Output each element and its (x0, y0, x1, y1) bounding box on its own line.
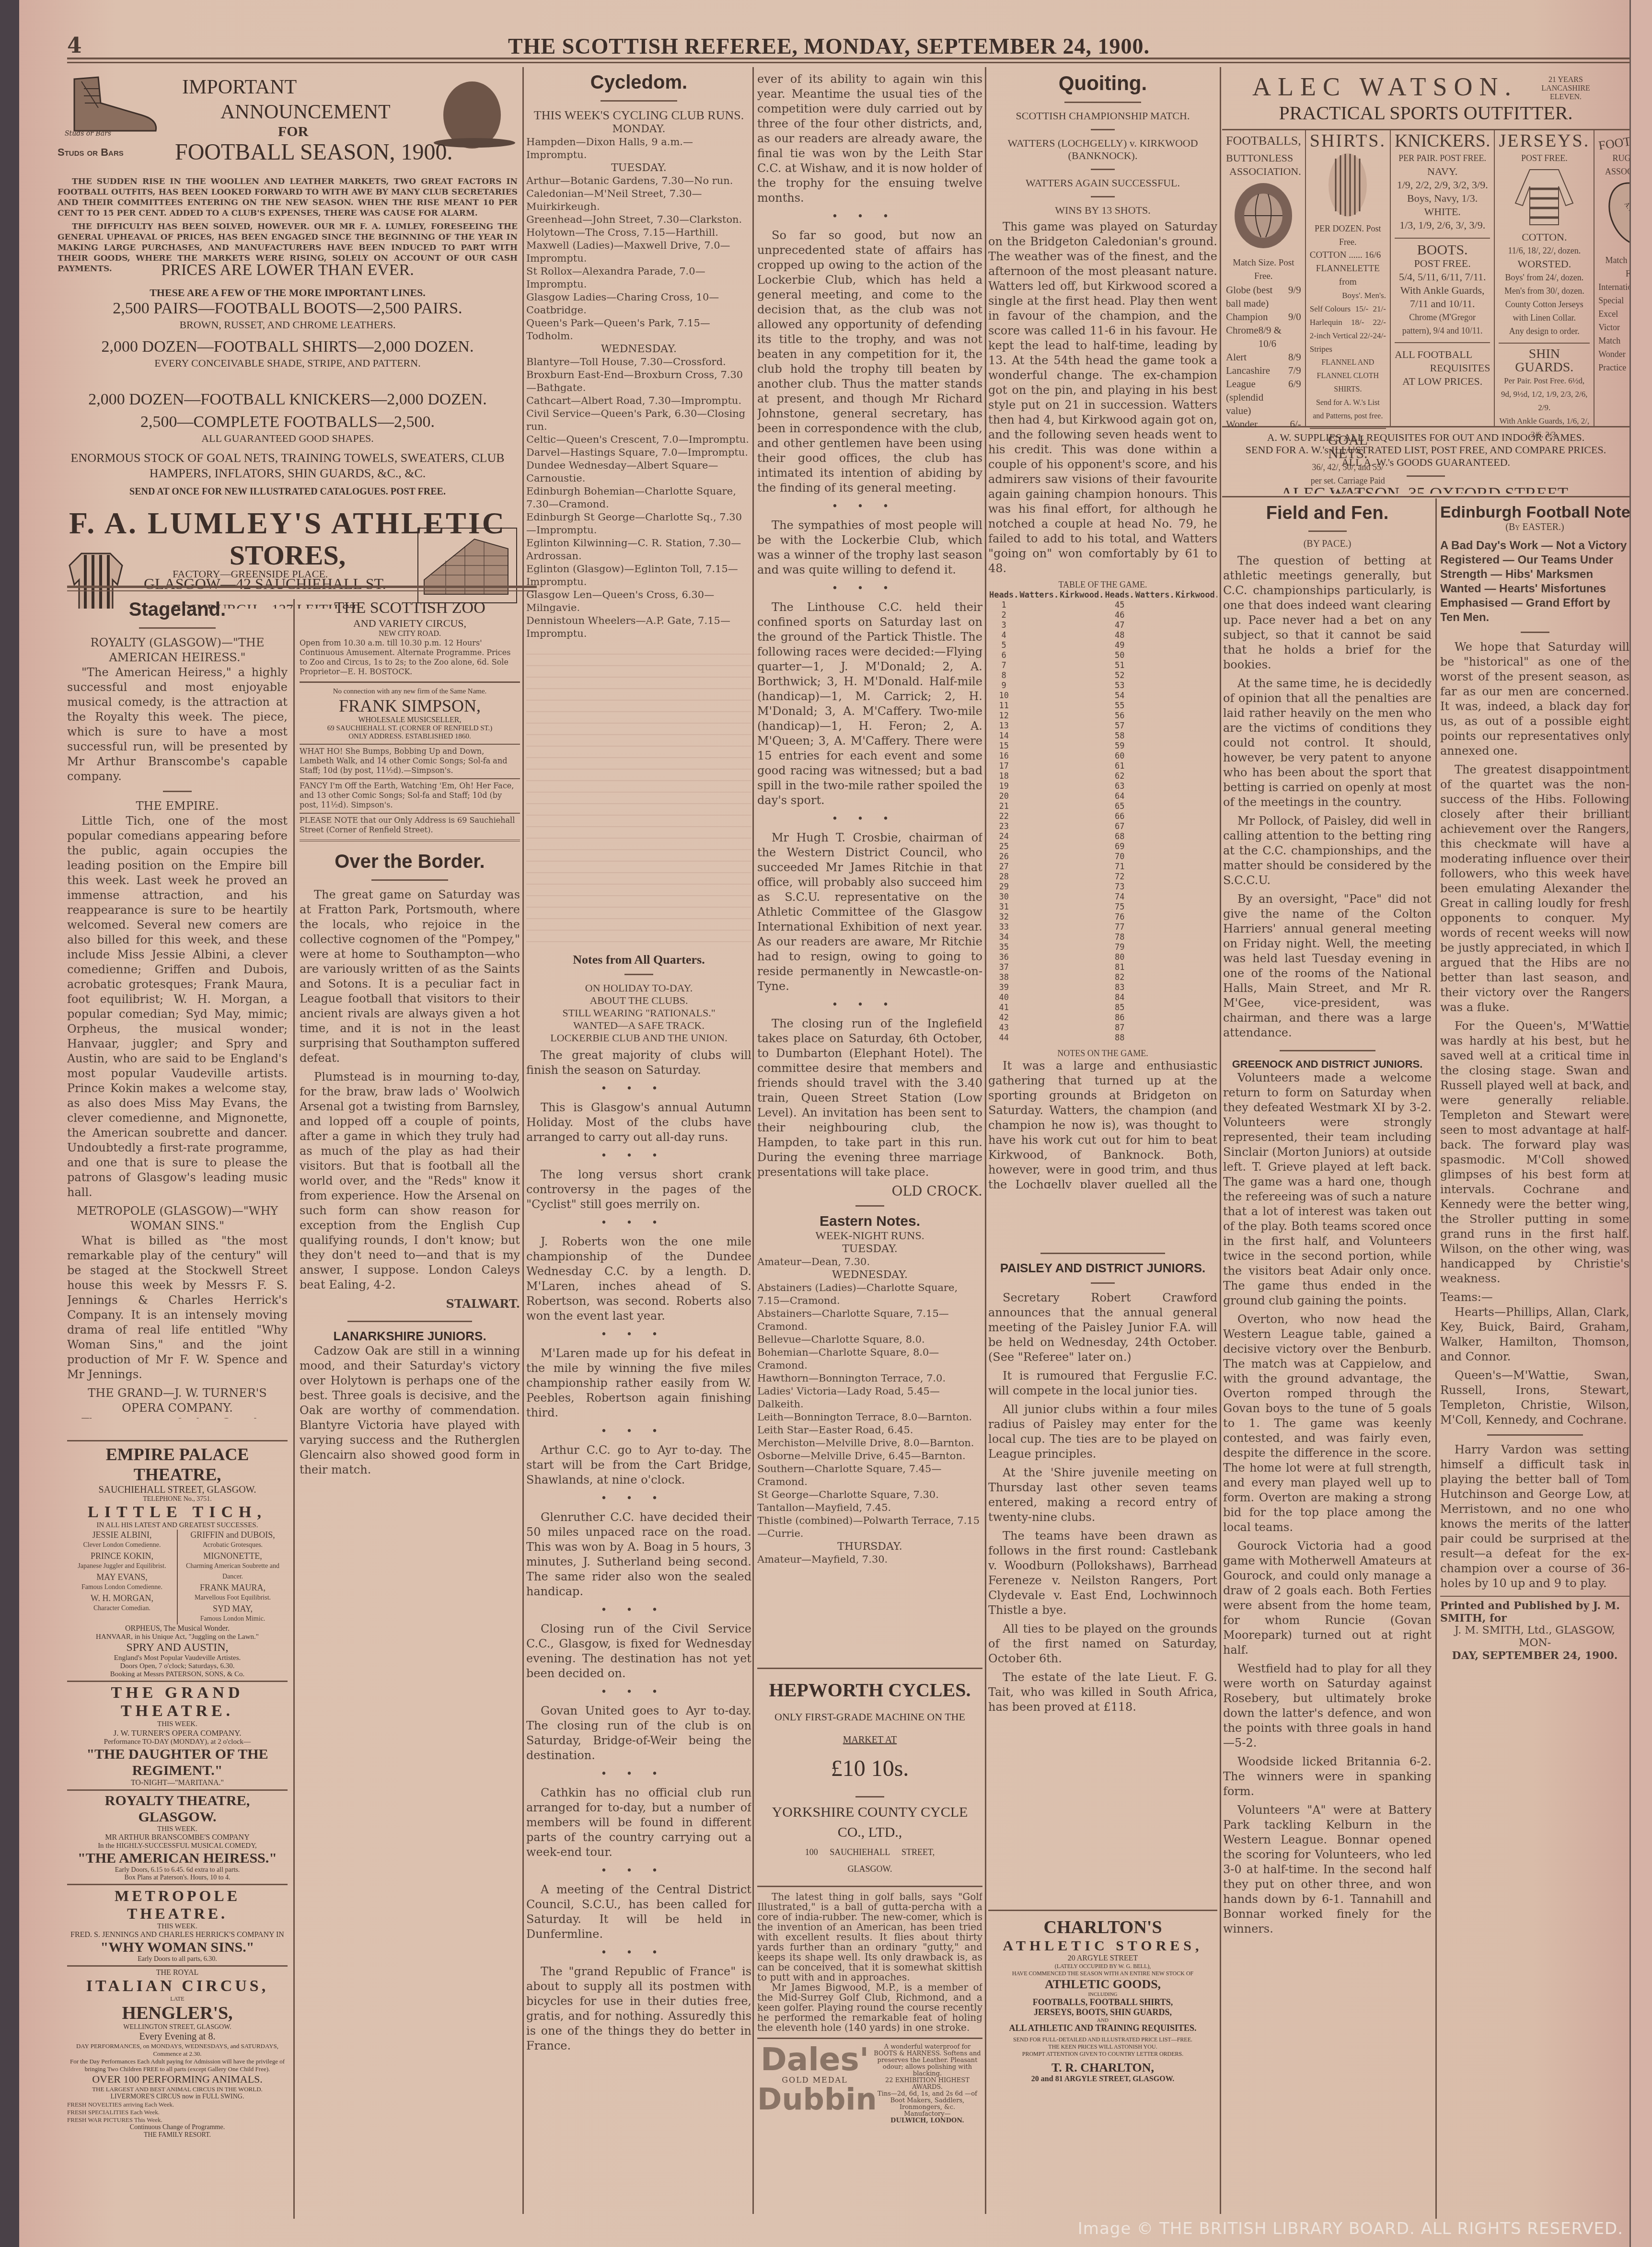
score-row: 2569 (989, 842, 1217, 852)
ad-line: ONLY FIRST-GRADE MACHINE ON THE (757, 1711, 982, 1723)
item-price: 8/9 & 10/6 (1259, 323, 1301, 350)
item-price: 24/- (1373, 329, 1386, 356)
artist-name: FRANK MAURA, (178, 1582, 288, 1593)
score-row: 3276 (989, 913, 1217, 922)
over-the-border: Over the Border. The great game on Satur… (300, 840, 520, 1477)
ad-line: Performance TO-DAY (MONDAY), at 2 o'cloc… (67, 1738, 288, 1746)
column-header: Watters. (1135, 591, 1175, 600)
cell-line: Boys, Navy, 1/3. (1395, 192, 1490, 205)
day-label: WEDNESDAY. (757, 1268, 982, 1281)
ad-announcement: ANNOUNCEMENT (220, 101, 391, 124)
ad-line: Box Plans at Paterson's. Hours, 10 to 4. (67, 1874, 288, 1882)
score-row: 1559 (989, 742, 1217, 751)
ad-line: LATE (67, 1995, 288, 2003)
sub-heading: ON HOLIDAY TO-DAY. (526, 982, 751, 994)
article-text: Woodside licked Britannia 6-2. The winne… (1223, 1754, 1432, 1799)
run-item: Celtic—Queen's Crescent, 7.0—Impromptu. (526, 433, 751, 446)
run-item: Cathcart—Albert Road, 7.30—Impromptu. (526, 394, 751, 407)
item-price: 18/- (1351, 316, 1364, 329)
section-heading: Field and Fen. (1223, 503, 1432, 524)
yorkshire-ad: YORKSHIRE COUNTY CYCLE CO., LTD., 100 SA… (757, 1804, 982, 1874)
day-label: TUESDAY. (526, 161, 751, 174)
item-name: Chrome (1226, 323, 1259, 350)
theatre-ads: EMPIRE PALACE THEATRE, SAUCHIEHALL STREE… (67, 1440, 288, 2140)
eastern-runs-list: TUESDAY. Amateur—Dean, 7.30. WEDNESDAY. … (757, 1243, 982, 1567)
run-item: Eglinton (Glasgow)—Eglinton Toll, 7.15—I… (526, 563, 751, 588)
article-text: Volunteers made a welcome return to form… (1223, 1071, 1432, 1308)
note-item: M'Laren made up for his defeat in the mi… (526, 1346, 751, 1420)
shirts-cell: SHIRTS. PER DOZEN. Post Free. COTTON ...… (1306, 130, 1391, 426)
artist-desc: Marvellous Foot Equilibrist. (178, 1593, 288, 1603)
ad-show: "THE DAUGHTER OF THE REGIMENT." (67, 1746, 288, 1779)
section-rule (1222, 496, 1629, 497)
ad-line: JERSEYS, BOOTS, SHIN GUARDS, (988, 2007, 1217, 2017)
cell-line: FLANNELETTE from (1310, 262, 1386, 289)
score-row: 2367 (989, 822, 1217, 831)
article-text: The teams have been drawn as follows in … (988, 1529, 1217, 1618)
run-item: Leith Star—Easter Road, 6.45. (757, 1424, 982, 1437)
run-item: Osborne—Melville Drive, 6.45—Barnton. (757, 1450, 982, 1463)
royalty-theatre-ad: ROYALTY THEATRE, GLASGOW. THIS WEEK. MR … (67, 1789, 288, 1882)
article-text: So far so good, but now an unprecedented… (757, 228, 982, 495)
ad-subtitle: PRACTICAL SPORTS OUTFITTER. (1222, 102, 1629, 124)
ad-line: The Most Refined and Enjoyable Entertain… (67, 2139, 288, 2140)
score-row: 3579 (989, 943, 1217, 952)
empire-text: Little Tich, one of the most popular com… (67, 814, 288, 1200)
section-heading: GREENOCK AND DISTRICT JUNIORS. (1223, 1058, 1432, 1071)
artist-name: MIGNONETTE, (178, 1551, 288, 1561)
section-rule (67, 586, 537, 588)
artist-name: GRIFFIN and DUBOIS, (178, 1530, 288, 1540)
run-item: Bohemian—Charlotte Square, 8.0—Cramond. (757, 1346, 982, 1372)
cell-line: Chrome (M'Gregor pattern), 9/4 and 10/11… (1395, 311, 1490, 337)
score-row: 2165 (989, 802, 1217, 811)
item-title: 2,000 DOZEN—FOOTBALL SHIRTS—2,000 DOZEN. (48, 338, 527, 356)
ad-address: SAUCHIEHALL STREET, GLASGOW. (67, 1485, 288, 1496)
score-row: 2670 (989, 853, 1217, 862)
ad-line: THE LARGEST AND BEST ANIMAL CIRCUS IN TH… (67, 2086, 288, 2093)
imprint-line: Printed and Published by J. M. SMITH, fo… (1440, 1600, 1629, 1625)
column-rule (522, 67, 524, 2214)
score-row: 2973 (989, 883, 1217, 892)
section-rule (67, 590, 537, 591)
article-text: Gourock Victoria had a good game with Mo… (1223, 1539, 1432, 1658)
run-item: Abstainers—Charlotte Square, 7.15—Cramon… (757, 1307, 982, 1333)
dubbin-ad: Dales' GOLD MEDAL Dubbin A wonderful wat… (757, 2038, 982, 2124)
score-row: 3175 (989, 903, 1217, 912)
run-item: Bellevue—Charlotte Square, 8.0. (757, 1333, 982, 1346)
ad-show: "WHY WOMAN SINS." (67, 1939, 288, 1956)
article-text: The sympathies of most people will be wi… (757, 518, 982, 577)
metropole-theatre-ad: METROPOLE THEATRE. THIS WEEK. FRED. S. J… (67, 1884, 288, 1963)
ad-line: T. R. CHARLTON, (988, 2061, 1217, 2075)
ad-line: GLASGOW. (757, 1864, 982, 1874)
score-row: 4185 (989, 1003, 1217, 1013)
cell-line: 11/6, 18/, 22/, dozen. (1499, 244, 1590, 257)
score-row: 3983 (989, 983, 1217, 992)
sub-heading: SCOTTISH CHAMPIONSHIP MATCH. (988, 110, 1217, 122)
ad-line: 20 ARGYLE STREET (988, 1954, 1217, 1963)
cell-line: Boys' from 24/, dozen. (1499, 271, 1590, 284)
sub-heading: WINS BY 13 SHOTS. (988, 204, 1217, 217)
ad-show: "THE AMERICAN HEIRESS." (67, 1850, 288, 1867)
cell-line: NAVY. (1395, 165, 1490, 178)
byline: (BY PACE.) (1223, 539, 1432, 550)
run-item: Hawthorn—Bonnington Terrace, 7.0. (757, 1372, 982, 1385)
score-table-body: 1452463474485496507518529531054115512561… (989, 601, 1217, 1043)
metropole-heading: METROPOLE (GLASGOW)—"WHY WOMAN SINS." (67, 1204, 288, 1233)
article-text: The question of betting at athletic meet… (1223, 553, 1432, 672)
column-header: Watters. (1019, 591, 1059, 600)
ad-line: 20 and 81 ARGYLE STREET, GLASGOW. (988, 2075, 1217, 2084)
cell-heading: FOOTBALLS, (1226, 134, 1301, 148)
score-row: 3478 (989, 933, 1217, 942)
cycledom-column: Cycledom. THIS WEEK'S CYCLING CLUB RUNS.… (526, 72, 751, 2219)
cell-line: Send for A. W.'s List and Patterns, post… (1310, 396, 1386, 423)
cell-heading: SHIRTS. (1310, 134, 1386, 148)
note-item: Closing run of the Civil Service C.C., G… (526, 1622, 751, 1681)
item-price: 7/9 (1288, 364, 1301, 377)
column-header: Kirkwood. (1176, 591, 1217, 600)
item-name: Excel (1598, 307, 1629, 321)
day-label: THURSDAY. (757, 1540, 982, 1553)
cell-line: 1/9, 2/2, 2/9, 3/2, 3/9. (1395, 178, 1490, 192)
ad-line: AND VARIETY CIRCUS, (300, 617, 520, 630)
stageland-heading: Stageland. (67, 599, 288, 621)
ad-line: THE ROYAL (67, 1969, 288, 1977)
item-name: Wonder (1226, 417, 1258, 431)
score-row: 4286 (989, 1014, 1217, 1023)
goal-net-icon (417, 527, 518, 604)
column-rule (1435, 498, 1437, 2219)
note-item: The "grand Republic of France" is about … (526, 1964, 751, 2053)
score-row: 4387 (989, 1024, 1217, 1033)
alec-watson-ad: ALEC WATSON. 21 YEARS LANCASHIRE ELEVEN.… (1222, 72, 1629, 494)
byline: STALWART. (300, 1296, 520, 1311)
ad-title: ROYALTY THEATRE, GLASGOW. (67, 1793, 288, 1825)
item-name: Match (1598, 334, 1629, 347)
teams-label: Teams:— (1440, 1290, 1629, 1305)
cycledom-continued-column: ever of its ability to again win this ye… (757, 72, 982, 1567)
ad-title: EMPIRE PALACE THEATRE, (67, 1444, 288, 1485)
sub-heading: LOCKERBIE CLUB AND THE UNION. (526, 1032, 751, 1044)
score-row: 549 (989, 641, 1217, 650)
cell-sub: ASSOCIATION. (1226, 165, 1301, 178)
football-boot-icon: Studs or Bars (55, 74, 165, 137)
cell-sub: BUTTONLESS (1226, 151, 1301, 165)
run-item: Leith Ramblers—Henderson Street. (757, 1566, 982, 1567)
ad-for: FOR (278, 124, 308, 140)
run-item: Thistle (combined)—Polwarth Terrace, 7.1… (757, 1514, 982, 1540)
score-row: 1155 (989, 702, 1217, 711)
ad-line: No connection with any new firm of the S… (300, 688, 520, 696)
football-icon (431, 81, 518, 149)
section-heading: Notes from All Quarters. (526, 953, 751, 967)
prices-lower: PRICES ARE LOWER THAN EVER. (48, 261, 527, 279)
ad-line: HANVAAR, in his Unique Act, "Juggling on… (67, 1633, 288, 1641)
ad-line: THIS WEEK. (67, 1923, 288, 1931)
ad-line: J. W. TURNER'S OPERA COMPANY. (67, 1728, 288, 1738)
cell-heading: SHIN GUARDS. (1499, 347, 1590, 374)
artist-name: JESSIE ALBINI, (67, 1530, 177, 1540)
run-item: Greenhead—John Street, 7.30—Clarkston. (526, 213, 751, 226)
run-item: Holytown—The Cross, 7.15—Harthill. (526, 226, 751, 239)
ad-telephone: TELEPHONE No., 3751. (67, 1496, 288, 1503)
column-header: Heads. (989, 591, 1018, 600)
item-name: League (splendid value) (1226, 377, 1288, 417)
column-rule (293, 599, 295, 2219)
ad-line: THIS WEEK. (67, 1825, 288, 1833)
note-item: The great majority of clubs will finish … (526, 1048, 751, 1078)
note-item: A meeting of the Central District Counci… (526, 1882, 751, 1942)
ad-title: HENGLER'S, (67, 2003, 288, 2024)
ad-line: WHOLESALE MUSICSELLER, (300, 716, 520, 725)
ad-line: 21 YEARS LANCASHIRE ELEVEN. (1532, 76, 1599, 102)
ad-line: ORPHEUS, The Musical Wonder. (67, 1625, 288, 1633)
ad-line: TO-NIGHT—"MARITANA." (67, 1779, 288, 1787)
ad-line: Booking at Messrs PATERSON, SONS, & Co. (67, 1671, 288, 1679)
column-header: Heads. (1105, 591, 1134, 600)
article-text: ever of its ability to again win this ye… (757, 72, 982, 206)
section-heading: LANARKSHIRE JUNIORS. (300, 1329, 520, 1344)
ad-line: HAVE COMMENCED THE SEASON WITH AN ENTIRE… (988, 1970, 1217, 1977)
cell-heading: KNICKERS. (1395, 134, 1490, 148)
cell-line: COTTON ...... 16/6 (1310, 249, 1386, 262)
run-item: Tantallon—Mayfield, 7.45. (757, 1501, 982, 1514)
grand-text: The patrons of the Grand are being again… (67, 1416, 288, 1418)
score-row: 751 (989, 661, 1217, 670)
item-title: 2,500 PAIRS—FOOTBALL BOOTS—2,500 PAIRS. (48, 300, 527, 318)
score-row: 650 (989, 651, 1217, 660)
article-text: Plumstead is in mourning to-day, for the… (300, 1070, 520, 1292)
item-price: 9/9 (1288, 283, 1301, 310)
artist-desc: Famous London Comedienne. (67, 1582, 177, 1593)
section-heading: Eastern Notes. (757, 1213, 982, 1230)
ad-line: ALL ATHLETIC AND TRAINING REQUISITES. (988, 2023, 1217, 2033)
score-row: 1761 (989, 762, 1217, 771)
field-and-fen-column: Field and Fen. (BY PACE.) The question o… (1223, 503, 1432, 2219)
day-label: TUESDAY. (757, 1243, 982, 1256)
artist-desc: Famous London Mimic. (178, 1614, 288, 1625)
ad-title: YORKSHIRE COUNTY CYCLE (757, 1804, 982, 1821)
runs-title: THIS WEEK'S CYCLING CLUB RUNS. (526, 108, 751, 123)
run-item: Ladies' Victoria—Lady Road, 5.45—Dalkeit… (757, 1385, 982, 1411)
cell-sub: POST FREE. (1499, 151, 1590, 165)
sub-heading: WEEK-NIGHT RUNS. (757, 1230, 982, 1243)
score-row: 3781 (989, 963, 1217, 972)
cell-line: FLANNEL AND FLANNEL CLOTH SHIRTS. (1310, 356, 1386, 396)
sub-heading: WATTERS AGAIN SUCCESSFUL. (988, 177, 1217, 189)
ad-text: FANCY I'm Off the Earth, Watching 'Em, O… (300, 778, 520, 810)
ad-line: Every Evening at 8. (67, 2031, 288, 2042)
section-heading: PAISLEY AND DISTRICT JUNIORS. (988, 1261, 1217, 1276)
cell-sub: PER DOZEN. Post Free. (1310, 222, 1386, 249)
article-text: Harry Vardon was setting himself a diffi… (1440, 1442, 1629, 1591)
cell-sub: RUGBY OR ASSOCIATION. (1598, 151, 1629, 178)
score-row: 1862 (989, 772, 1217, 781)
article-text: At the 'Shire juvenile meeting on Thursd… (988, 1465, 1217, 1525)
cell-line: WORSTED. (1499, 257, 1590, 271)
italian-circus-ad: THE ROYAL ITALIAN CIRCUS, LATE HENGLER'S… (67, 1965, 288, 2140)
artist-desc: Charming American Soubrette and Dancer. (178, 1561, 288, 1582)
sub-heading: NOTES ON THE GAME. (988, 1049, 1217, 1059)
score-row: 3074 (989, 893, 1217, 902)
football-season-title: FOOTBALL SEASON, 1900. (175, 139, 453, 165)
empire-heading: THE EMPIRE. (67, 799, 288, 814)
note-item: Arthur C.C. go to Ayr to-day. The start … (526, 1443, 751, 1487)
score-row: 145 (989, 601, 1217, 610)
artist-desc: Clever London Comedienne. (67, 1540, 177, 1551)
score-row: 448 (989, 631, 1217, 640)
item-name: Lancashire (1226, 364, 1270, 377)
section-heading: Quoiting. (988, 72, 1217, 95)
cell-line: 1/3, 1/9, 2/6, 3/, 3/9. (1395, 219, 1490, 232)
zoo-simpson-border-column: THE SCOTTISH ZOO AND VARIETY CIRCUS, NEW… (300, 599, 520, 2219)
run-item: Abstainers (Ladies)—Charlotte Square, 7.… (757, 1281, 982, 1307)
score-row: 3882 (989, 973, 1217, 982)
article-text: Mr James Bigwood, M.P., is a member of t… (757, 1982, 982, 2033)
ad-line: SPRY AND AUSTIN, (67, 1641, 288, 1654)
day-label: MONDAY. (526, 123, 751, 136)
jersey-icon (1513, 165, 1575, 227)
score-row: 2468 (989, 832, 1217, 841)
cell-sub: POST FREE. (1395, 257, 1490, 270)
ad-line: 100 SAUCHIEHALL STREET, (757, 1847, 982, 1857)
jerseys-cell: JERSEYS. POST FREE. COTTON. 11/6, 18/, 2… (1495, 130, 1594, 426)
score-row: 1054 (989, 691, 1217, 701)
ad-title: ATHLETIC STORES, (988, 1938, 1217, 1954)
ad-line: FOOTBALLS, FOOTBALL SHIRTS, (988, 1997, 1217, 2007)
masthead: 4 THE SCOTTISH REFEREE, MONDAY, SEPTEMBE… (67, 34, 1649, 53)
artist-name: SYD MAY, (178, 1603, 288, 1614)
ad-address: ALEC WATSON, 35 OXFORD STREET, MANCHESTE… (1222, 484, 1629, 494)
artist-name: W. H. MORGAN, (67, 1593, 177, 1603)
byline: (By EASTER.) (1440, 522, 1629, 533)
run-item: Eglinton Kilwinning—C. R. Station, 7.30—… (526, 537, 751, 563)
item-name: Practice (1598, 361, 1629, 374)
note-item: J. Roberts won the one mile championship… (526, 1234, 751, 1324)
cell-line: County Cotton Jerseys with Linen Collar. (1499, 298, 1590, 324)
article-text: The Linthouse C.C. held their confined s… (757, 600, 982, 808)
cycling-runs-list: MONDAY. Hampden—Dixon Halls, 9 a.m.—Impr… (526, 123, 751, 640)
item-price: 8/9 (1288, 350, 1301, 364)
ad-line: In the HIGHLY-SUCCESSFUL MUSICAL COMEDY, (67, 1842, 288, 1850)
ad-line: ONLY ADDRESS. ESTABLISHED 1860. (300, 733, 520, 741)
ad-line: Continuous Change of Programme. (67, 2124, 288, 2132)
item-price: 6/9 (1288, 377, 1301, 417)
cell-sub: PER PAIR. POST FREE. (1395, 151, 1490, 165)
run-item: Queen's Park—Queen's Park, 7.15—Todholm. (526, 317, 751, 343)
knickers-boots-cell: KNICKERS. PER PAIR. POST FREE. NAVY. 1/9… (1391, 130, 1495, 426)
simpson-ad: No connection with any new firm of the S… (300, 681, 520, 835)
send-catalogues: SEND AT ONCE FOR NEW ILLUSTRATED CATALOG… (48, 486, 527, 497)
ad-line: FRED. S. JENNINGS AND CHARLES HERRICK'S … (67, 1931, 288, 1939)
ad-line: THE KEEN PRICES WILL ASTONISH YOU. (988, 2043, 1217, 2051)
score-row: 4084 (989, 993, 1217, 1003)
item-name: Special (1598, 294, 1629, 307)
ad-line: LIVERMORE'S CIRCUS now in FULL SWING. (67, 2093, 288, 2101)
item-sub: BROWN, RUSSET, AND CHROME LEATHERS. (48, 319, 527, 331)
run-item: Edinburgh Bohemian—Charlotte Square, 7.3… (526, 485, 751, 511)
score-table: Heads. Watters. Kirkwood. Heads. Watters… (988, 590, 1217, 1044)
score-row: 2064 (989, 792, 1217, 801)
article-deck: A Bad Day's Work — Not a Victory Registe… (1440, 539, 1629, 625)
ad-line: DAY PERFORMANCES, on MONDAYS, WEDNESDAYS… (67, 2042, 288, 2058)
score-row: 1256 (989, 712, 1217, 721)
article-text: Cadzow Oak are still in a winning mood, … (300, 1344, 520, 1477)
article-text: Overton, who now head the Western League… (1223, 1312, 1432, 1535)
cell-line: ALL FOOTBALL (1395, 348, 1490, 361)
article-text: Westfield had to play for all they were … (1223, 1661, 1432, 1751)
ad-line: (LATELY OCCUPIED BY W. G. BELL), (988, 1963, 1217, 1970)
note-item: Cathkin has no official club run arrange… (526, 1786, 751, 1860)
note-item: This is Glasgow's annual Autumn Holiday.… (526, 1100, 751, 1145)
item-name: Alert (1226, 350, 1247, 364)
article-text: We hope that Saturday will be "historica… (1440, 640, 1629, 759)
article-text: All ties to be played on the grounds of … (988, 1622, 1217, 1666)
note-item: Glenruther C.C. have decided their 50 mi… (526, 1510, 751, 1599)
ad-line: FRESH WAR PICTURES This Week. (67, 2116, 288, 2124)
metropole-text: What is billed as "the most remarkable p… (67, 1233, 288, 1382)
cell-heading: BOOTS. (1395, 243, 1490, 257)
item-name: 2-inch Vertical Stripes (1310, 329, 1360, 356)
score-row: 1357 (989, 722, 1217, 731)
empire-palace-ad: EMPIRE PALACE THEATRE, SAUCHIEHALL STREE… (67, 1440, 288, 1679)
run-item: Darvel—Hastings Square, 7.0—Impromptu. (526, 446, 751, 459)
score-row: 3680 (989, 953, 1217, 962)
ad-line: Doors Open, 7 o'clock; Saturdays, 6.30. (67, 1662, 288, 1671)
team-lineup: Queen's—M'Wattie, Swan, Russell, Irons, … (1440, 1368, 1629, 1428)
ad-line: A. W. SUPPLIES ALL REQUISITES FOR OUT AN… (1222, 431, 1629, 444)
ad-line: For the Day Performances Each Adult payi… (67, 2058, 288, 2073)
article-text: The closing run of the Inglefield takes … (757, 1016, 982, 1180)
score-row: 2872 (989, 873, 1217, 882)
run-item: St Rollox—Alexandra Parade, 7.0—Imprompt… (526, 265, 751, 291)
ad-line: England's Most Popular Vaudeville Artist… (67, 1654, 288, 1662)
charlton-ad: CHARLTON'S ATHLETIC STORES, 20 ARGYLE ST… (988, 1910, 1217, 2111)
ad-title: THE GRAND THEATRE. (67, 1684, 288, 1720)
article-text: Volunteers "A" were at Battery Park tack… (1223, 1803, 1432, 1936)
article-text: The estate of the late Lieut. F. G. Tait… (988, 1670, 1217, 1715)
cell-heading: FOOTBALLS (1598, 129, 1629, 153)
quoiting-column: Quoiting. SCOTTISH CHAMPIONSHIP MATCH. W… (988, 72, 1217, 1188)
item-sub: ALL GUARANTEED GOOD SHAPES. (48, 432, 527, 445)
run-item: Dennistoun Wheelers—A.P. Gate, 7.15—Impr… (526, 614, 751, 640)
additional-runs-listing (526, 643, 751, 950)
rugby-footballs-cell: FOOTBALLS RUGBY OR ASSOCIATION. A.WATSON… (1594, 130, 1629, 426)
sub-heading: ABOUT THE CLUBS. (526, 994, 751, 1007)
item-title: 2,000 DOZEN—FOOTBALL KNICKERS—2,000 DOZE… (48, 391, 527, 409)
run-item: Hampden—Dixon Halls, 9 a.m.—Impromptu. (526, 136, 751, 161)
ad-line: ATHLETIC GOODS, (988, 1977, 1217, 1992)
article-text: Mr Hugh T. Crosbie, chairman of the West… (757, 830, 982, 994)
score-row: 1963 (989, 782, 1217, 791)
article-text: The great game on Saturday was at Fratto… (300, 887, 520, 1066)
royalty-text: "The American Heiress," a highly success… (67, 665, 288, 784)
run-item: Amateur—Dean, 7.30. (757, 1256, 982, 1268)
ad-title: ITALIAN CIRCUS, (67, 1977, 288, 1995)
column-rule (1220, 67, 1221, 2214)
ad-text: PLEASE NOTE that our Only Address is 69 … (300, 813, 520, 835)
run-item: Blantyre—Toll House, 7.30—Crossford. (526, 356, 751, 369)
svg-text:Studs or Bars: Studs or Bars (65, 130, 111, 137)
striped-shirt-icon (1324, 151, 1372, 219)
imprint: Printed and Published by J. M. SMITH, fo… (1440, 1596, 1629, 1662)
ad-title: CHARLTON'S (988, 1917, 1217, 1938)
cell-line: With Ankle Guards, 7/11 and 10/11. (1395, 284, 1490, 311)
item-price: 15/- (1355, 302, 1368, 316)
score-row: 3377 (989, 923, 1217, 932)
